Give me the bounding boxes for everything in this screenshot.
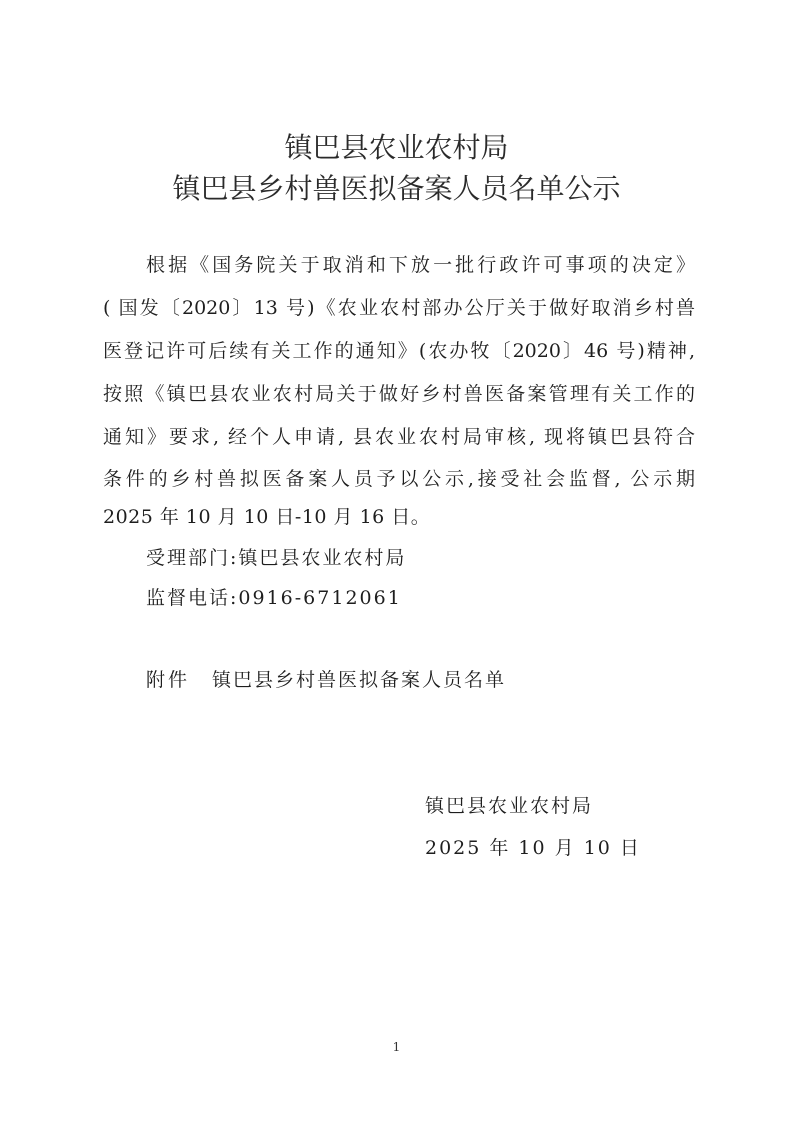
body-line-1: 根据《国务院关于取消和下放一批行政许可事项的决定》 xyxy=(146,250,695,277)
document-page: 镇巴县农业农村局 镇巴县乡村兽医拟备案人员名单公示 根据《国务院关于取消和下放一… xyxy=(0,0,793,1122)
page-number: 1 xyxy=(0,1040,793,1054)
body-line-3: 医登记许可后续有关工作的通知》(农办牧〔2020〕46 号)精神, xyxy=(103,336,695,363)
body-line-4: 按照《镇巴县农业农村局关于做好乡村兽医备案管理有关工作的 xyxy=(103,379,695,406)
body-line-2: ( 国发〔2020〕13 号)《农业农村部办公厅关于做好取消乡村兽 xyxy=(103,293,695,320)
body-line-7: 2025 年 10 月 10 日-10 月 16 日。 xyxy=(103,502,695,529)
body-line-6: 条件的乡村兽拟医备案人员予以公示,接受社会监督, 公示期 xyxy=(103,464,695,491)
notice-title: 镇巴县乡村兽医拟备案人员名单公示 xyxy=(0,167,793,207)
issuer-title: 镇巴县农业农村局 xyxy=(0,126,793,166)
attachment-line: 附件镇巴县乡村兽医拟备案人员名单 xyxy=(146,665,695,692)
department-line: 受理部门:镇巴县农业农村局 xyxy=(146,543,695,570)
attachment-title[interactable]: 镇巴县乡村兽医拟备案人员名单 xyxy=(212,669,506,691)
signature-org: 镇巴县农业农村局 xyxy=(425,791,593,818)
signature-date: 2025 年 10 月 10 日 xyxy=(425,833,641,860)
attachment-label: 附件 xyxy=(146,669,190,691)
phone-line: 监督电话:0916-6712061 xyxy=(146,583,695,610)
body-line-5: 通知》要求, 经个人申请, 县农业农村局审核, 现将镇巴县符合 xyxy=(103,422,695,449)
